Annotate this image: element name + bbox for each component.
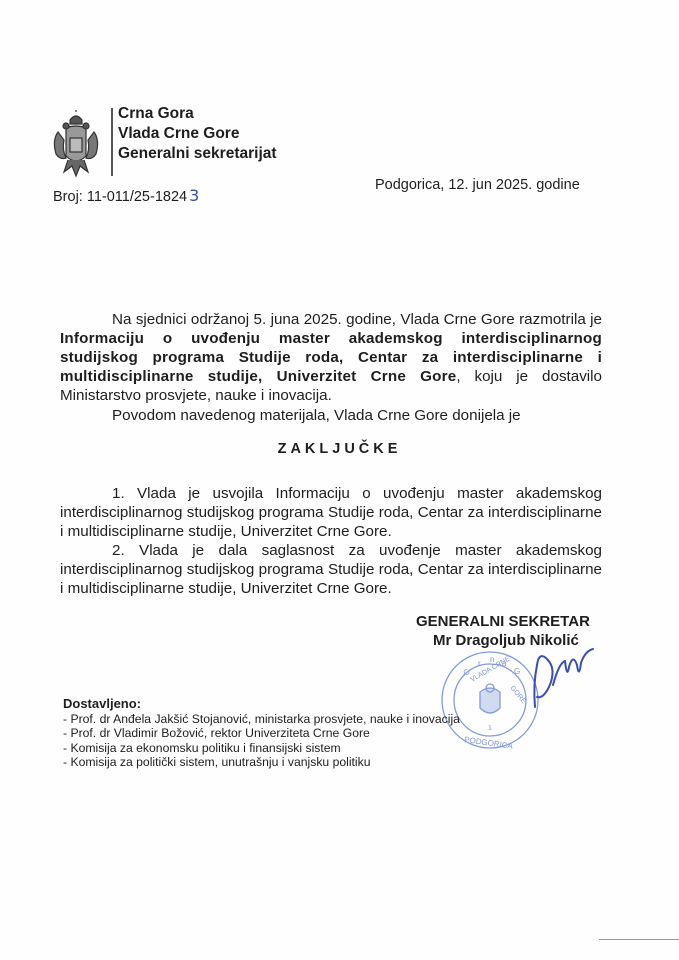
distribution-list: Dostavljeno: - Prof. dr Anđela Jakšić St… — [63, 697, 460, 770]
conclusion-item-1: 1. Vlada je usvojila Informaciju o uvođe… — [60, 484, 602, 541]
distribution-item: - Prof. dr Anđela Jakšić Stojanović, min… — [63, 712, 460, 727]
intro-paragraph: Na sjednici održanoj 5. juna 2025. godin… — [60, 310, 602, 405]
distribution-item: - Prof. dr Vladimir Božović, rektor Univ… — [63, 726, 460, 741]
distribution-label: Dostavljeno: — [63, 697, 460, 712]
intro-text-1: Na sjednici održanoj 5. juna 2025. godin… — [112, 311, 602, 328]
scan-artifact-line — [599, 939, 679, 940]
header-divider — [111, 108, 113, 176]
conclusion-item-1-text: 1. Vlada je usvojila Informaciju o uvođe… — [60, 485, 602, 540]
reference-label: Broj: 11-011/25-1824 — [53, 189, 187, 205]
svg-text:1: 1 — [488, 725, 492, 732]
distribution-item: - Komisija za ekonomsku politiku i finan… — [63, 741, 460, 756]
conclusions-heading: ZAKLJUČKE — [0, 441, 679, 457]
distribution-item: - Komisija za politički sistem, unutrašn… — [63, 755, 460, 770]
handwritten-signature — [525, 645, 600, 710]
conclusion-item-2: 2. Vlada je dala saglasnost za uvođenje … — [60, 541, 602, 598]
signatory-title: GENERALNI SEKRETAR — [416, 613, 590, 630]
place-date: Podgorica, 12. jun 2025. godine — [375, 177, 580, 193]
svg-text:r: r — [478, 659, 481, 668]
handwritten-suffix: 3 — [189, 186, 199, 205]
reference-number: Broj: 11-011/25-18243 — [53, 186, 199, 205]
institution-block: Crna Gora Vlada Crne Gore Generalni sekr… — [118, 104, 277, 164]
intro-follow-up: Povodom navedenog materijala, Vlada Crne… — [60, 406, 654, 425]
document-page: Crna Gora Vlada Crne Gore Generalni sekr… — [0, 0, 679, 960]
institution-government: Vlada Crne Gore — [118, 124, 277, 144]
coat-of-arms-icon — [50, 110, 102, 182]
conclusion-item-2-text: 2. Vlada je dala saglasnost za uvođenje … — [60, 542, 602, 597]
institution-country: Crna Gora — [118, 104, 277, 124]
institution-secretariat: Generalni sekretarijat — [118, 144, 277, 164]
svg-text:G: G — [514, 667, 520, 676]
